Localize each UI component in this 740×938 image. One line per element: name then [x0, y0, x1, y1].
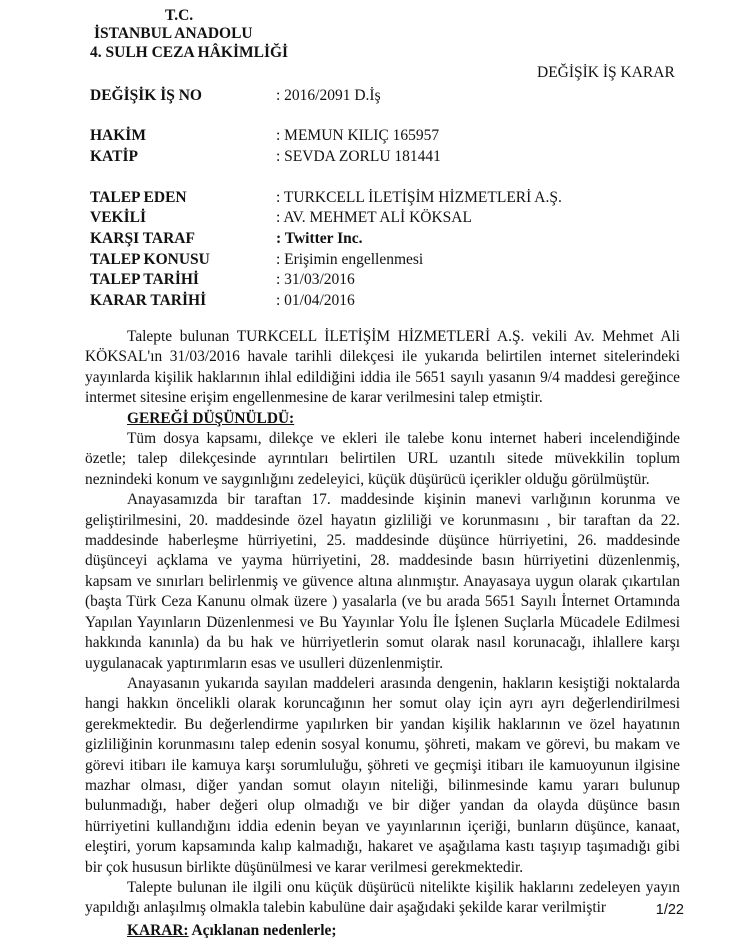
attorney-value: : AV. MEHMET ALİ KÖKSAL	[276, 208, 472, 228]
header-court: 4. SULH CEZA HÂKİMLİĞİ	[90, 44, 288, 62]
decision-date-label: KARAR TARİHİ	[90, 291, 206, 311]
clerk-value: : SEVDA ZORLU 181441	[276, 147, 441, 167]
request-date-label: TALEP TARİHİ	[90, 270, 199, 290]
judge-value: : MEMUN KILIÇ 165957	[276, 126, 439, 146]
body-paragraph: Anayasamızda bir taraftan 17. maddesinde…	[85, 490, 680, 674]
considered-heading-text: GEREĞİ DÜŞÜNÜLDÜ:	[127, 410, 294, 427]
opposing-party-value: : Twitter Inc.	[276, 229, 363, 249]
meta-row-opposing-party: KARŞI TARAF : Twitter Inc.	[90, 229, 690, 249]
meta-row-attorney: VEKİLİ : AV. MEHMET ALİ KÖKSAL	[90, 208, 690, 228]
decision-text: Açıklanan nedenlerle;	[189, 922, 337, 938]
meta-row-request-date: TALEP TARİHİ : 31/03/2016	[90, 270, 690, 290]
document-page: T.C. İSTANBUL ANADOLU 4. SULH CEZA HÂKİM…	[0, 0, 740, 938]
body-paragraph: Tüm dosya kapsamı, dilekçe ve ekleri ile…	[85, 429, 680, 490]
considered-heading: GEREĞİ DÜŞÜNÜLDÜ:	[85, 409, 680, 429]
body-paragraph: Anayasanın yukarıda sayılan maddeleri ar…	[85, 674, 680, 878]
judge-label: HAKİM	[90, 126, 146, 146]
document-body: Talepte bulunan TURKCELL İLETİŞİM HİZMET…	[85, 327, 680, 938]
request-date-value: : 31/03/2016	[276, 270, 355, 290]
decision-heading: KARAR: Açıklanan nedenlerle;	[85, 921, 680, 938]
meta-row-clerk: KATİP : SEVDA ZORLU 181441	[90, 147, 690, 167]
meta-row-subject: TALEP KONUSU : Erişimin engellenmesi	[90, 250, 690, 270]
requester-value: : TURKCELL İLETİŞİM HİZMETLERİ A.Ş.	[276, 188, 562, 208]
meta-row-requester: TALEP EDEN : TURKCELL İLETİŞİM HİZMETLER…	[90, 188, 690, 208]
meta-row-decision-date: KARAR TARİHİ : 01/04/2016	[90, 291, 690, 311]
subject-value: : Erişimin engellenmesi	[276, 250, 423, 270]
subject-label: TALEP KONUSU	[90, 250, 210, 270]
clerk-label: KATİP	[90, 147, 138, 167]
requester-label: TALEP EDEN	[90, 188, 187, 208]
attorney-label: VEKİLİ	[90, 208, 146, 228]
case-no-label: DEĞİŞİK İŞ NO	[90, 86, 202, 106]
case-no-value: : 2016/2091 D.İş	[276, 86, 381, 106]
meta-row-case-no: DEĞİŞİK İŞ NO : 2016/2091 D.İş	[90, 86, 690, 106]
meta-row-judge: HAKİM : MEMUN KILIÇ 165957	[90, 126, 690, 146]
opposing-party-label: KARŞI TARAF	[90, 229, 195, 249]
document-type: DEĞİŞİK İŞ KARAR	[537, 64, 675, 82]
page-number: 1/22	[656, 902, 684, 918]
body-paragraph: Talepte bulunan ile ilgili onu küçük düş…	[85, 878, 680, 919]
intro-paragraph: Talepte bulunan TURKCELL İLETİŞİM HİZMET…	[85, 327, 680, 409]
decision-date-value: : 01/04/2016	[276, 291, 355, 311]
header-region: İSTANBUL ANADOLU	[94, 25, 253, 43]
header-country: T.C.	[165, 7, 193, 25]
decision-label: KARAR:	[127, 922, 189, 938]
